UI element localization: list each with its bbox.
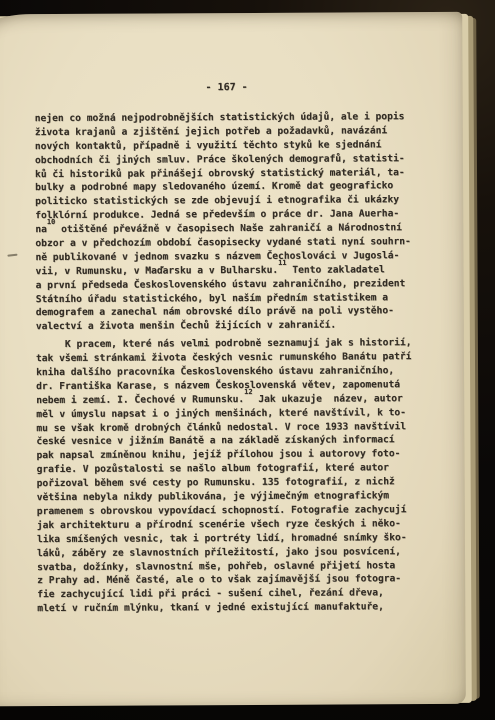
text-line: valectví a života menšin Čechů žijících … [36,318,420,334]
page-number-header: - 167 - [35,80,419,96]
footnote-ref: 12 [244,388,252,396]
text-line: a první předseda Československého ústavu… [36,277,420,293]
scan-photo: - 167 - nejen co možná nejpodrobnějších … [0,0,495,720]
text-line: měl v úmyslu napsat i o jiných menšinách… [36,406,420,422]
text-line: mletí v ručním mlýnku, tkaní v jedné exi… [37,600,421,616]
book-page: - 167 - nejen co možná nejpodrobnějších … [0,12,466,707]
footnote-ref: 11 [278,259,286,267]
body-text: nejen co možná nejpodrobnějších statisti… [35,110,422,616]
margin-pencil-mark [7,254,17,257]
text-line: obchodních či jiných smluv. Práce školen… [35,152,419,168]
footnote-ref: 10 [47,218,55,226]
paragraph: nejen co možná nejpodrobnějších statisti… [35,110,420,334]
paragraph: K pracem, které nás velmi podrobně sezna… [36,336,421,616]
page-stack: - 167 - nejen co možná nejpodrobnějších … [0,0,495,720]
text-line: láků, záběry ze slavnostních příležitost… [37,545,421,561]
text-line: lika smíšených vesnic, tak i portréty li… [37,531,421,547]
text-line: demografem a zanechal nám obrovské dílo … [36,305,420,321]
